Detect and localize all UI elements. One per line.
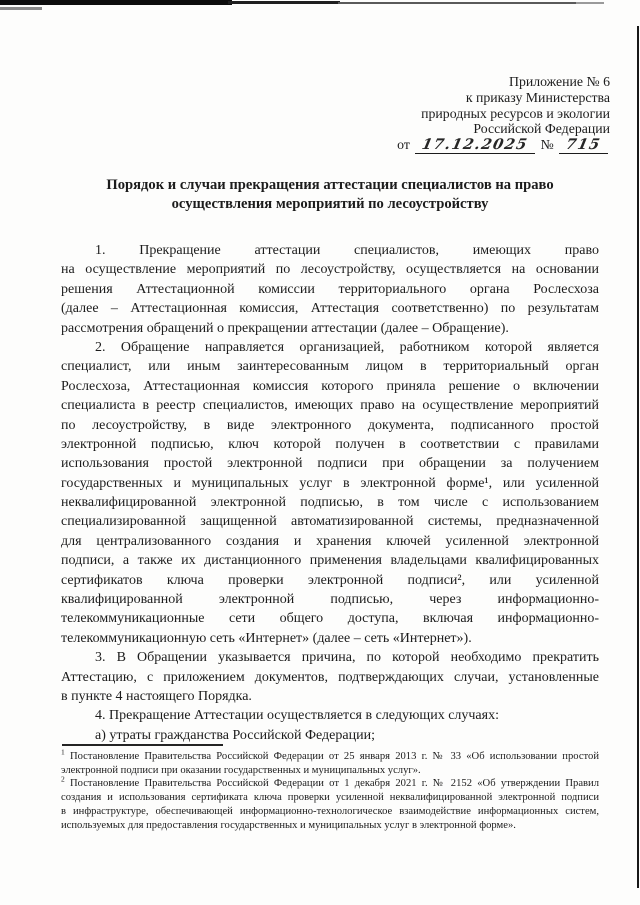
footnotes: 1 Постановление Правительства Российской… — [61, 750, 599, 832]
footnote-2-line-4: используемых для предоставления государс… — [61, 819, 599, 833]
paragraph-2-line-12: подписи, а также их дистанционного приме… — [61, 551, 599, 570]
country-name: Российской Федерации — [397, 121, 610, 137]
paragraph-3-line-3: в пункте 4 настоящего Порядка. — [61, 687, 599, 706]
scan-artifact-top-line-gray — [338, 2, 578, 4]
paragraph-2-line-9: неквалифицированной электронной подписью… — [61, 493, 599, 512]
footnote-marker-1: 1 — [61, 747, 65, 756]
handwritten-date-underline: 17.12.2025 — [415, 137, 535, 154]
paragraph-2-line-13: сертификатов ключа проверки электронной … — [61, 571, 599, 590]
number-sign: № — [541, 137, 554, 152]
paragraph-2-line-10: специализированной защищенной автоматизи… — [61, 512, 599, 531]
footnote-1-line-2: электронной подписи при оказании государ… — [61, 764, 599, 778]
handwritten-number: 715 — [565, 137, 603, 153]
appendix-header: Приложение № 6 к приказу Министерства пр… — [397, 74, 610, 154]
paragraph-2-line-6: электронной подписью, ключ которой получ… — [61, 435, 599, 454]
paragraph-4-line-1: 4. Прекращение Аттестации осуществляется… — [61, 706, 599, 725]
footnote-2-line-3: в инфраструктуре, обеспечивающей информа… — [61, 805, 599, 819]
footnote-marker-2: 2 — [61, 775, 65, 784]
order-date-number-line: от 17.12.2025 № 715 — [397, 137, 610, 154]
paragraph-2-line-14: квалифицированной электронной подписью, … — [61, 590, 599, 609]
paragraph-1-line-2: на осуществление мероприятий по лесоустр… — [61, 260, 599, 279]
order-date-prefix: от — [397, 137, 410, 152]
order-reference: к приказу Министерства — [397, 90, 610, 106]
footnote-separator — [62, 744, 223, 746]
document-body: 1. Прекращение аттестации специалистов, … — [61, 241, 599, 745]
paragraph-2-line-1: 2. Обращение направляется организацией, … — [61, 338, 599, 357]
paragraph-1-line-4: (далее – Аттестационная комиссия, Аттест… — [61, 299, 599, 318]
scan-artifact-top-line — [228, 1, 340, 4]
paragraph-2-line-3: Рослесхоза, Аттестационная комиссия кото… — [61, 377, 599, 396]
scan-artifact-top-dash — [576, 2, 604, 4]
scanned-document-page: Приложение № 6 к приказу Министерства пр… — [0, 0, 640, 905]
paragraph-2-line-11: для централизованного создания и хранени… — [61, 532, 599, 551]
footnote-1-line-1: 1 Постановление Правительства Российской… — [61, 750, 599, 764]
paragraph-2-line-7: использования простой электронной подпис… — [61, 454, 599, 473]
footnote-2-line-2: создания и использования сертификата клю… — [61, 791, 599, 805]
document-title-line-2: осуществления мероприятий по лесоустройс… — [61, 195, 599, 214]
paragraph-1-line-1: 1. Прекращение аттестации специалистов, … — [61, 241, 599, 260]
ministry-name: природных ресурсов и экологии — [397, 106, 610, 122]
document-title: Порядок и случаи прекращения аттестации … — [61, 176, 599, 214]
paragraph-2-line-16: телекоммуникационную сеть «Интернет» (да… — [61, 629, 599, 648]
scan-artifact-left-mark — [0, 7, 42, 10]
paragraph-1-line-3: решения Аттестационной комиссии территор… — [61, 280, 599, 299]
paragraph-3-line-1: 3. В Обращении указывается причина, по к… — [61, 648, 599, 667]
scan-artifact-top-band — [0, 0, 232, 5]
footnote-2-line-1: 2 Постановление Правительства Российской… — [61, 777, 599, 791]
scan-artifact-right-edge — [637, 26, 639, 888]
paragraph-2-line-2: специалист, или иным заинтересованным ли… — [61, 357, 599, 376]
paragraph-2-line-5: по лесоустройству, в виде электронного д… — [61, 416, 599, 435]
paragraph-1-line-5: рассмотрения обращений о прекращении атт… — [61, 319, 599, 338]
paragraph-3-line-2: Аттестацию, с приложением документов, по… — [61, 668, 599, 687]
paragraph-2-line-8: государственных и муниципальных услуг в … — [61, 474, 599, 493]
paragraph-5-line-1: а) утраты гражданства Российской Федерац… — [61, 726, 599, 745]
handwritten-date: 17.12.2025 — [421, 137, 530, 153]
document-title-line-1: Порядок и случаи прекращения аттестации … — [61, 176, 599, 195]
appendix-label: Приложение № 6 — [397, 74, 610, 90]
paragraph-2-line-15: телекоммуникационные сети общего доступа… — [61, 609, 599, 628]
paragraph-2-line-4: специалиста в реестр специалистов, имеющ… — [61, 396, 599, 415]
handwritten-number-underline: 715 — [559, 137, 608, 154]
